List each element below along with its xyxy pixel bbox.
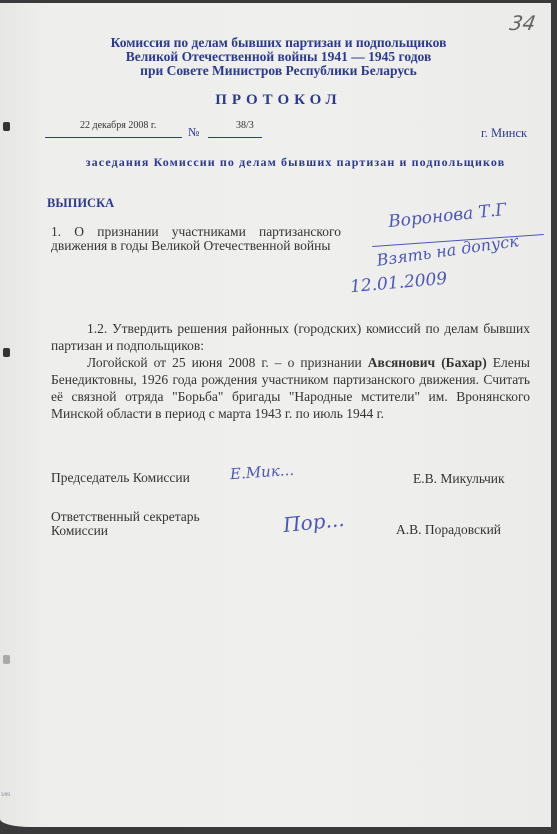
binding-hole-mark	[3, 655, 10, 664]
protocol-date: 22 декабря 2008 г.	[80, 120, 156, 131]
secretary-role-line-2: Комиссии	[51, 524, 200, 538]
secretary-role-line-1: Ответственный секретарь	[51, 510, 200, 524]
letterhead-line-2: Великой Отечественной войны 1941 — 1945 …	[0, 50, 557, 64]
binding-hole-mark	[3, 122, 10, 131]
handwritten-note-line-1: Воронова Т.Г	[387, 200, 507, 232]
letterhead: Комиссия по делам бывших партизан и подп…	[0, 36, 557, 78]
secretary-name: А.В. Порадовский	[396, 522, 501, 538]
footer-mark: 3/09	[1, 793, 10, 798]
document-page: 34 Комиссия по делам бывших партизан и п…	[0, 3, 551, 827]
chairman-name: Е.В. Микульчик	[413, 471, 505, 487]
archive-page-number: 34	[508, 11, 538, 35]
binding-hole-mark	[3, 348, 10, 357]
letterhead-line-1: Комиссия по делам бывших партизан и подп…	[0, 36, 557, 50]
letterhead-line-3: при Совете Министров Республики Беларусь	[0, 64, 557, 78]
secretary-signature: Пор...	[282, 507, 346, 537]
extract-label: ВЫПИСКА	[47, 196, 114, 211]
number-sign: №	[188, 125, 199, 140]
document-title: ПРОТОКОЛ	[0, 92, 557, 109]
chairman-role: Председатель Комиссии	[51, 471, 190, 485]
recognition-paragraph: Логойской от 25 июня 2008 г. – о признан…	[51, 354, 530, 422]
date-underline	[45, 137, 182, 138]
person-name: Авсянович (Бахар)	[368, 355, 487, 370]
handwritten-note-date: 12.01.2009	[349, 269, 448, 297]
decision-paragraph: 1.2. Утвердить решения районных (городск…	[51, 320, 530, 354]
secretary-role: Ответственный секретарь Комиссии	[51, 510, 200, 538]
handwritten-note-line-2: Взять на допуск	[375, 231, 519, 270]
number-underline	[208, 137, 262, 138]
protocol-number: 38/3	[236, 120, 254, 131]
recognition-prefix: Логойской от 25 июня 2008 г. – о признан…	[87, 355, 368, 370]
chairman-signature: Е.Мик...	[229, 461, 294, 483]
city: г. Минск	[481, 126, 527, 141]
meeting-subtitle: заседания Комиссии по делам бывших парти…	[0, 155, 557, 170]
agenda-item-1: 1. О признании участниками партизанского…	[51, 225, 341, 253]
